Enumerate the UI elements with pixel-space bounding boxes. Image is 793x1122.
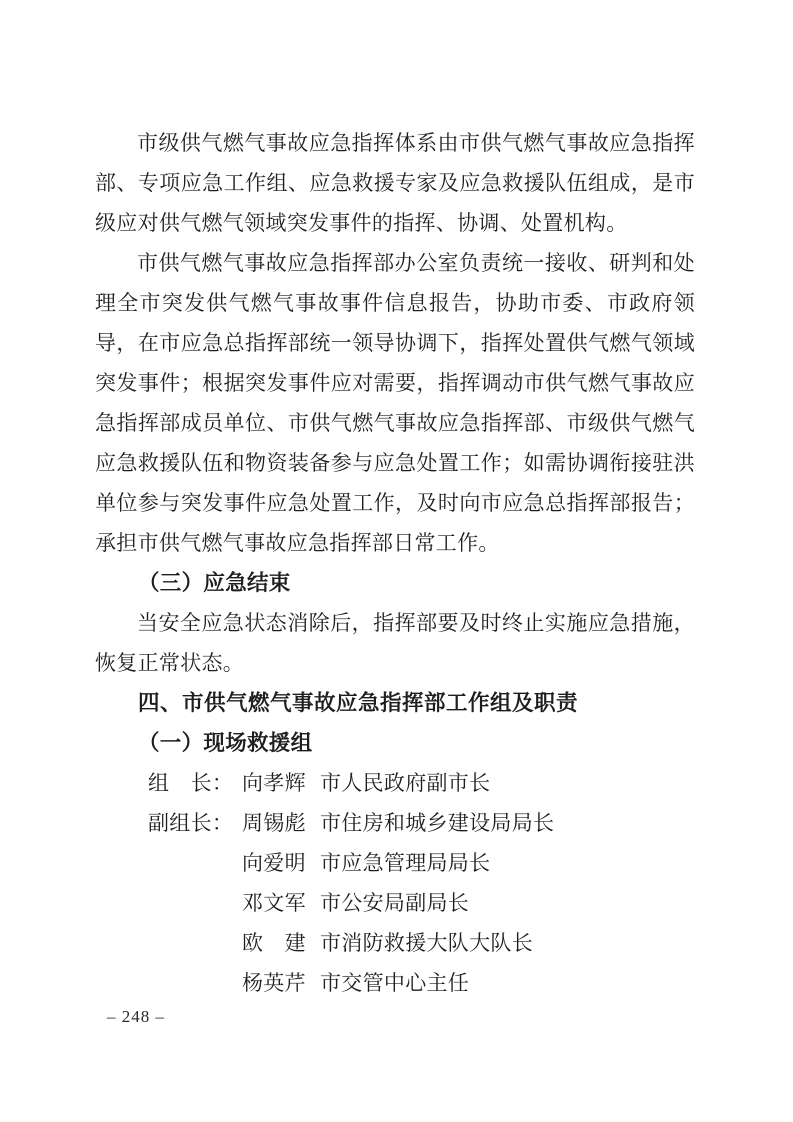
roster-person-name: 周锡彪	[242, 803, 320, 843]
roster-role-label	[148, 963, 242, 1003]
roster-person-name: 向爱明	[242, 843, 320, 883]
roster-person-title: 市交管中心主任	[320, 963, 695, 1003]
document-content: 市级供气燃气事故应急指挥体系由市供气燃气事故应急指挥部、专项应急工作组、应急救援…	[95, 123, 695, 1003]
roster-row-leader: 组 长： 向孝辉 市人民政府副市长	[95, 763, 695, 803]
roster-row-member: 欧 建 市消防救援大队大队长	[95, 923, 695, 963]
rescue-group-roster: 组 长： 向孝辉 市人民政府副市长 副组长： 周锡彪 市住房和城乡建设局局长 向…	[95, 763, 695, 1003]
roster-person-name: 邓文军	[242, 883, 320, 923]
roster-person-title: 市消防救援大队大队长	[320, 923, 695, 963]
document-page: 市级供气燃气事故应急指挥体系由市供气燃气事故应急指挥部、专项应急工作组、应急救援…	[0, 0, 793, 1122]
roster-person-title: 市住房和城乡建设局局长	[320, 803, 695, 843]
roster-row-member: 杨英芹 市交管中心主任	[95, 963, 695, 1003]
paragraph-office-duties: 市供气燃气事故应急指挥部办公室负责统一接收、研判和处理全市突发供气燃气事故事件信…	[95, 243, 695, 563]
paragraph-command-system-intro: 市级供气燃气事故应急指挥体系由市供气燃气事故应急指挥部、专项应急工作组、应急救援…	[95, 123, 695, 243]
paragraph-emergency-end-body: 当安全应急状态消除后，指挥部要及时终止实施应急措施，恢复正常状态。	[95, 603, 695, 683]
page-number: – 248 –	[107, 1006, 165, 1028]
roster-person-title: 市人民政府副市长	[320, 763, 695, 803]
roster-role-label	[148, 923, 242, 963]
roster-role-label: 副组长：	[148, 803, 242, 843]
roster-row-deputy-leader: 副组长： 周锡彪 市住房和城乡建设局局长	[95, 803, 695, 843]
heading-section-3-emergency-end: （三）应急结束	[95, 563, 695, 603]
roster-person-name: 向孝辉	[242, 763, 320, 803]
roster-role-label: 组 长：	[148, 763, 242, 803]
roster-person-title: 市应急管理局局长	[320, 843, 695, 883]
roster-row-member: 邓文军 市公安局副局长	[95, 883, 695, 923]
roster-person-name: 欧 建	[242, 923, 320, 963]
roster-person-title: 市公安局副局长	[320, 883, 695, 923]
roster-person-name: 杨英芹	[242, 963, 320, 1003]
heading-section-4-workgroups: 四、市供气燃气事故应急指挥部工作组及职责	[95, 683, 695, 723]
roster-role-label	[148, 883, 242, 923]
roster-role-label	[148, 843, 242, 883]
roster-row-member: 向爱明 市应急管理局局长	[95, 843, 695, 883]
heading-subsection-1-rescue-group: （一）现场救援组	[95, 723, 695, 763]
